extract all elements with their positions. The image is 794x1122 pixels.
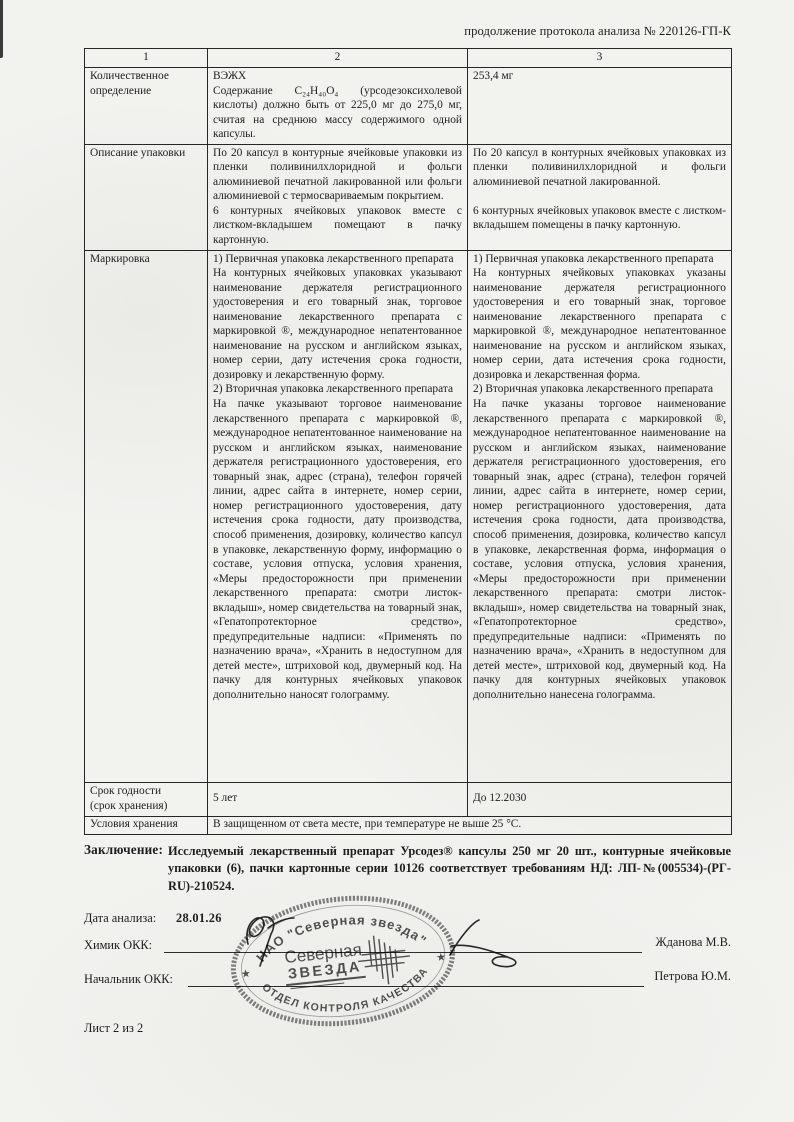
result-cell: По 20 капсул в контурных ячейковых упако… — [468, 144, 732, 250]
quality-control-stamp: НАО "Северная звезда" ОТДЕЛ КОНТРОЛЯ КАЧ… — [224, 891, 462, 1033]
requirement-cell: 1) Первичная упаковка лекарственного пре… — [208, 250, 468, 782]
parameter-label: Маркировка — [85, 250, 208, 782]
document-continuation-header: продолжение протокола анализа № 220126-Г… — [84, 24, 731, 39]
conclusion-text: Исследуемый лекарственный препарат Урсод… — [168, 842, 731, 896]
requirement-cell: ВЭЖХ Содержание C₂₄H₄₀O₄ (урсодезоксихол… — [208, 68, 468, 145]
conclusion-block: Заключение: Исследуемый лекарственный пр… — [84, 842, 731, 896]
column-header-1: 1 — [85, 49, 208, 68]
result-cell: 1) Первичная упаковка лекарственного пре… — [468, 250, 732, 782]
conclusion-label: Заключение: — [84, 842, 168, 896]
table-row-storage: Условия хранения В защищенном от света м… — [85, 816, 732, 834]
table-header-row: 1 2 3 — [85, 49, 732, 68]
parameter-label: Описание упаковки — [85, 144, 208, 250]
result-cell: До 12.2030 — [468, 782, 732, 816]
scanned-protocol-page: продолжение протокола анализа № 220126-Г… — [0, 0, 794, 1122]
chemist-role-label: Химик ОКК: — [84, 938, 152, 953]
requirement-cell: По 20 капсул в контурные ячейковые упако… — [208, 144, 468, 250]
table-row-marking: Маркировка 1) Первичная упаковка лекарст… — [85, 250, 732, 782]
parameter-label: Срок годности (срок хранения) — [85, 782, 208, 816]
head-role-label: Начальник ОКК: — [84, 972, 173, 987]
analysis-date-value: 28.01.26 — [176, 911, 222, 926]
parameter-label: Количественное определение — [85, 68, 208, 145]
head-name: Петрова Ю.М. — [654, 969, 731, 984]
stamp-star-left: ★ — [240, 968, 251, 981]
table-row-shelf-life: Срок годности (срок хранения) 5 лет До 1… — [85, 782, 732, 816]
requirement-cell: 5 лет — [208, 782, 468, 816]
analysis-date-label: Дата анализа: — [84, 911, 176, 926]
result-cell: 253,4 мг — [468, 68, 732, 145]
column-header-3: 3 — [468, 49, 732, 68]
storage-conditions-cell: В защищенном от света месте, при темпера… — [208, 816, 732, 834]
scan-edge-artifact — [0, 0, 3, 58]
table-row-packaging: Описание упаковки По 20 капсул в контурн… — [85, 144, 732, 250]
chemist-name: Жданова М.В. — [656, 935, 732, 950]
column-header-2: 2 — [208, 49, 468, 68]
stamp-star-right: ★ — [436, 951, 447, 964]
table-row-quantitative: Количественное определение ВЭЖХ Содержан… — [85, 68, 732, 145]
analysis-table: 1 2 3 Количественное определение ВЭЖХ Со… — [84, 48, 732, 835]
parameter-label: Условия хранения — [85, 816, 208, 834]
